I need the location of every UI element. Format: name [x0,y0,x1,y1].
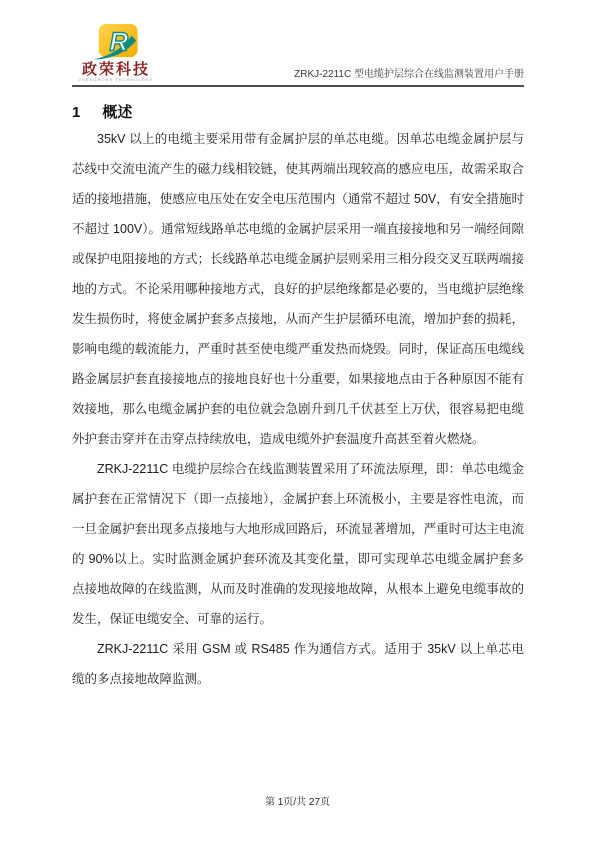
body-content: 35kV 以上的电缆主要采用带有金属护层的单芯电缆。因单芯电缆金属护层与芯线中交… [72,124,524,694]
body-paragraph: ZRKJ-2211C 电缆护层综合在线监测装置采用了环流法原理，即：单芯电缆金属… [72,454,524,634]
header-doc-title: ZRKJ-2211C 型电缆护层综合在线监测装置用户手册 [294,65,524,82]
page-number: 第 1页/共 27页 [265,797,330,808]
svg-text:R: R [110,29,129,57]
section-number: 1 [72,104,80,121]
page-header: R 政荣科技 ZHENGRONG TECHNOLOGY ZRKJ-2211C 型… [72,24,524,87]
section-heading: 1概述 [72,101,524,122]
logo-brand-text: 政荣科技 [82,62,150,77]
page-footer: 第 1页/共 27页 [0,793,595,808]
body-paragraph: 35kV 以上的电缆主要采用带有金属护层的单芯电缆。因单芯电缆金属护层与芯线中交… [72,124,524,454]
logo-r-icon: R [93,24,139,60]
logo-brand-subtext: ZHENGRONG TECHNOLOGY [78,78,153,82]
company-logo: R 政荣科技 ZHENGRONG TECHNOLOGY [72,24,160,82]
document-page: R 政荣科技 ZHENGRONG TECHNOLOGY ZRKJ-2211C 型… [0,0,595,842]
section-title: 概述 [102,104,132,121]
body-paragraph: ZRKJ-2211C 采用 GSM 或 RS485 作为通信方式。适用于 35k… [72,634,524,694]
